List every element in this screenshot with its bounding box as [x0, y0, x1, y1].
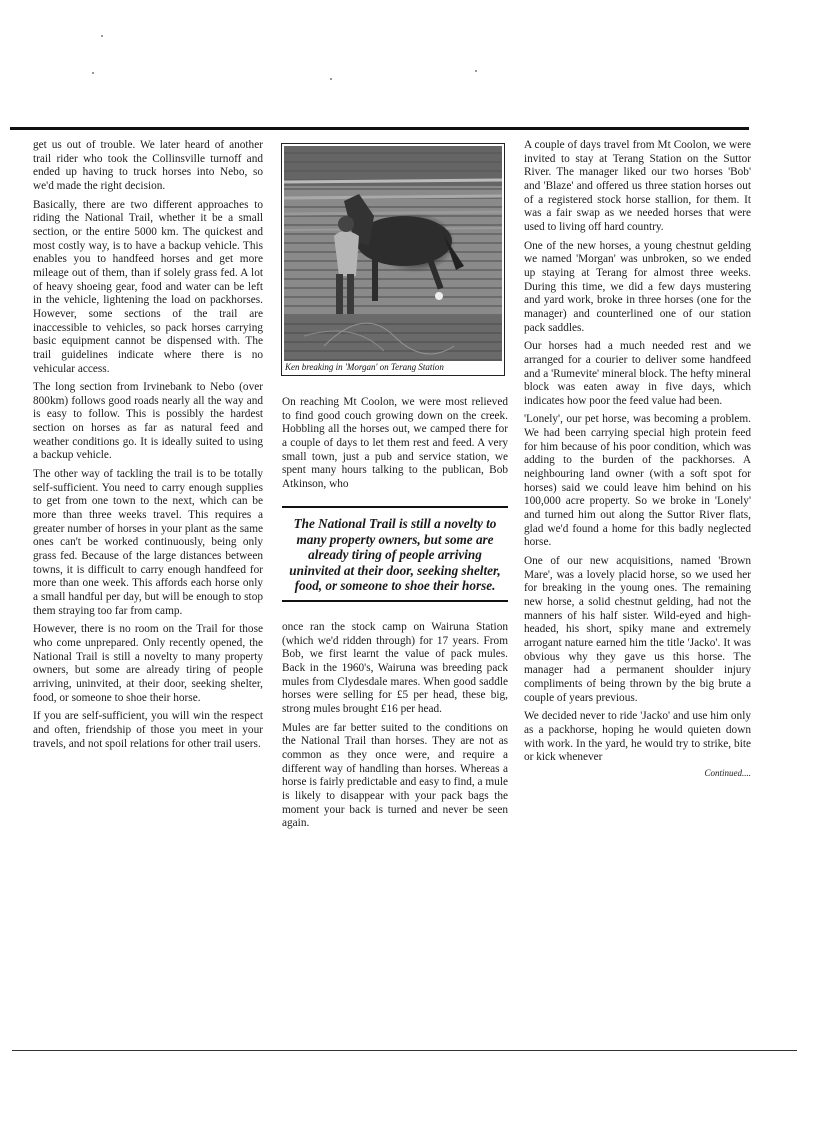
- article-column-3: A couple of days travel from Mt Coolon, …: [524, 139, 751, 781]
- scan-speck: [475, 70, 477, 72]
- article-column-1: get us out of trouble. We later heard of…: [33, 139, 263, 756]
- paragraph: 'Lonely', our pet horse, was becoming a …: [524, 413, 751, 550]
- paragraph: once ran the stock camp on Wairuna Stati…: [282, 621, 508, 717]
- pull-quote: The National Trail is still a novelty to…: [282, 506, 508, 602]
- scan-speck: [92, 72, 94, 74]
- paragraph: One of our new acquisitions, named 'Brow…: [524, 555, 751, 705]
- paragraph: The long section from Irvinebank to Nebo…: [33, 381, 263, 463]
- scan-speck: [330, 78, 332, 80]
- scan-speck: [101, 35, 103, 37]
- paragraph: One of the new horses, a young chestnut …: [524, 240, 751, 336]
- paragraph: The other way of tackling the trail is t…: [33, 468, 263, 618]
- paragraph: We decided never to ride 'Jacko' and use…: [524, 710, 751, 765]
- photo-image-horse-breaking: [284, 146, 502, 361]
- paragraph: Basically, there are two different appro…: [33, 199, 263, 377]
- photo-caption: Ken breaking in 'Morgan' on Terang Stati…: [285, 361, 444, 373]
- continued-label: Continued....: [524, 767, 751, 781]
- horse-photo-illustration: [284, 146, 502, 361]
- paragraph: A couple of days travel from Mt Coolon, …: [524, 139, 751, 235]
- footer-rule: [12, 1050, 797, 1051]
- paragraph: However, there is no room on the Trail f…: [33, 623, 263, 705]
- paragraph: If you are self-sufficient, you will win…: [33, 710, 263, 751]
- paragraph: get us out of trouble. We later heard of…: [33, 139, 263, 194]
- paragraph: On reaching Mt Coolon, we were most reli…: [282, 396, 508, 492]
- article-column-2-bottom: once ran the stock camp on Wairuna Stati…: [282, 621, 508, 836]
- paragraph: Our horses had a much needed rest and we…: [524, 340, 751, 408]
- article-column-2-top: On reaching Mt Coolon, we were most reli…: [282, 396, 508, 497]
- photo-figure: Ken breaking in 'Morgan' on Terang Stati…: [281, 143, 505, 376]
- header-rule: [10, 127, 749, 130]
- paragraph: Mules are far better suited to the condi…: [282, 722, 508, 831]
